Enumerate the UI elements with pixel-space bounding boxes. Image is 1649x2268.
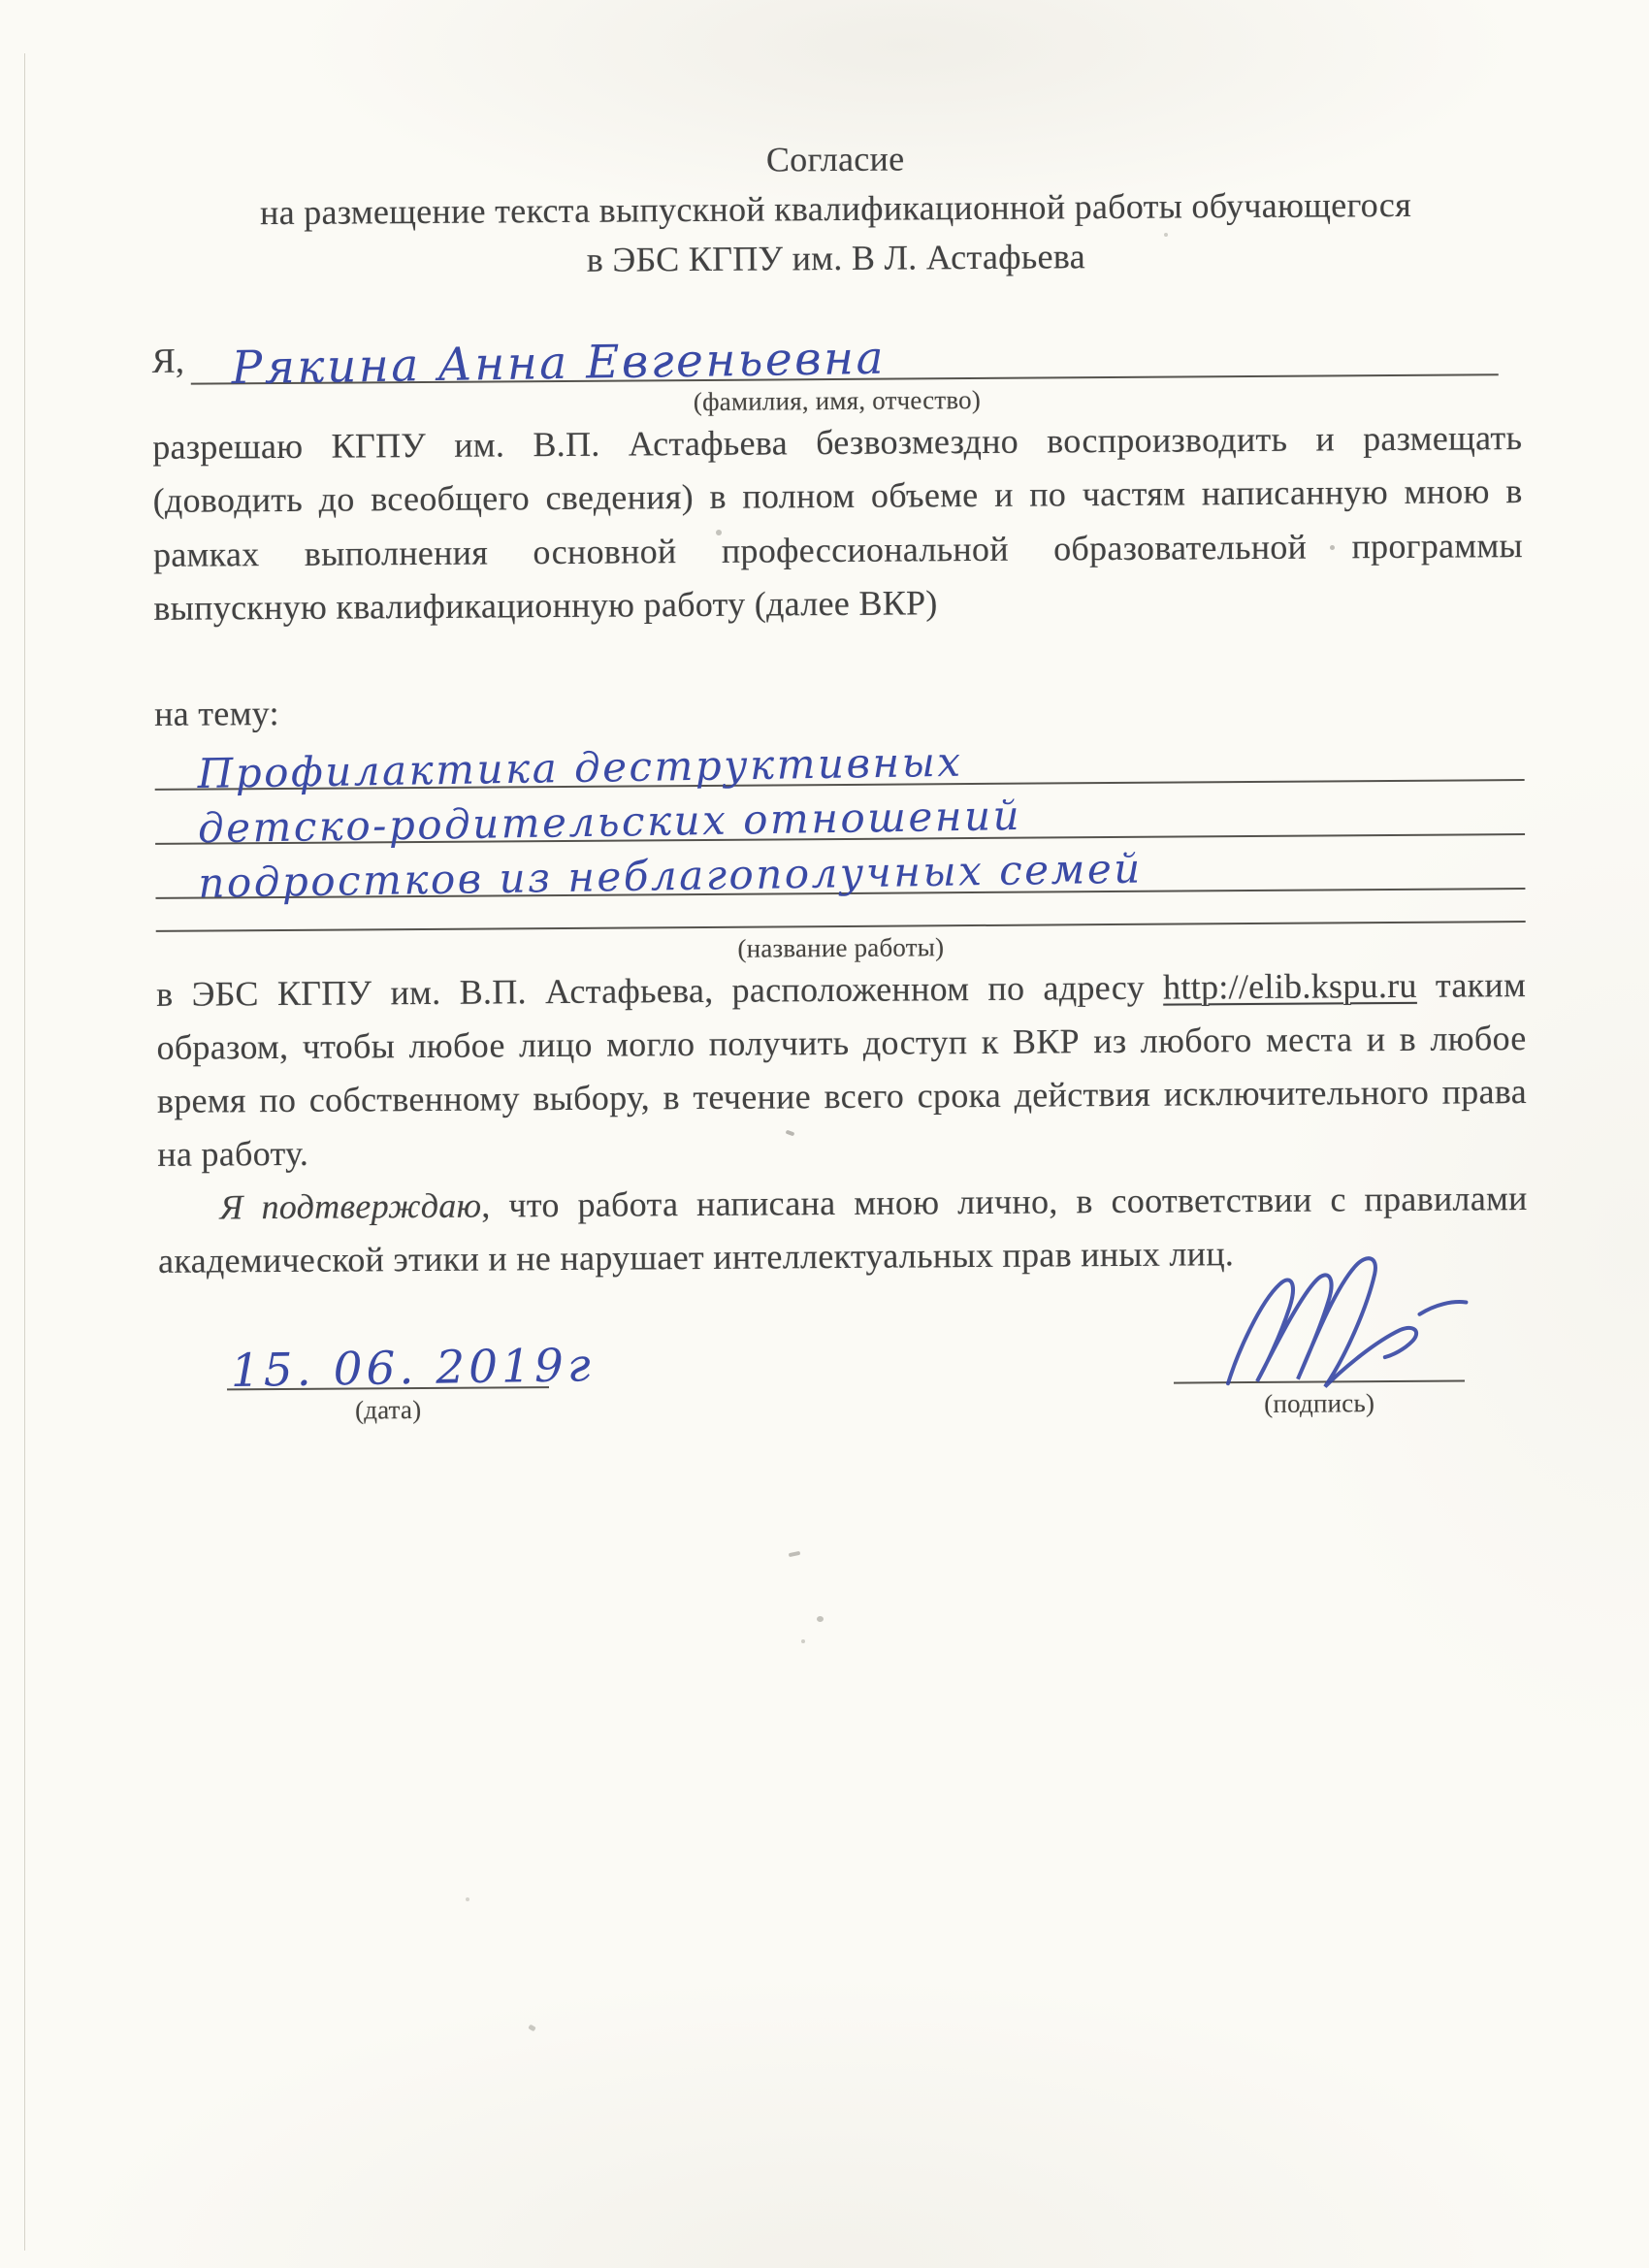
theme-line-2: детско-родительских отношений	[155, 781, 1525, 845]
scan-speck	[528, 2025, 536, 2032]
access-paragraph: в ЭБС КГПУ им. В.П. Астафьева, расположе…	[156, 958, 1528, 1182]
document-content: Согласие на размещение текста выпускной …	[150, 129, 1529, 1427]
document-subtitle-line2: в ЭБС КГПУ им. В Л. Астафьева	[151, 229, 1521, 288]
name-handwritten: Рякина Анна Евгеньевна	[231, 336, 886, 392]
access-paragraph-before-link: в ЭБС КГПУ им. В.П. Астафьева, расположе…	[156, 967, 1163, 1013]
scan-speck	[1164, 233, 1168, 237]
scan-speck	[801, 1639, 805, 1643]
permission-paragraph: разрешаю КГПУ им. В.П. Астафьева безвозм…	[152, 411, 1524, 634]
signature-block: (подпись)	[1174, 1318, 1466, 1420]
scan-speck	[716, 530, 722, 535]
elib-link[interactable]: http://elib.kspu.ru	[1163, 966, 1417, 1007]
document-subtitle-line1: на размещение текста выпускной квалифика…	[150, 179, 1520, 239]
name-field: Рякина Анна Евгеньевна	[190, 328, 1499, 385]
scan-speck	[1330, 545, 1335, 550]
theme-line-1: Профилактика деструктивных	[154, 727, 1524, 791]
scan-speck	[466, 1897, 469, 1901]
scanned-consent-form: Согласие на размещение текста выпускной …	[0, 0, 1649, 2268]
date-caption: (дата)	[227, 1394, 549, 1426]
date-handwritten: 15. 06. 2019г	[230, 1339, 595, 1398]
name-row: Я, Рякина Анна Евгеньевна	[151, 327, 1521, 385]
date-field: 15. 06. 2019г	[227, 1324, 549, 1390]
date-block: 15. 06. 2019г (дата)	[227, 1324, 550, 1426]
scan-speck	[817, 1616, 824, 1622]
signature-field	[1174, 1318, 1465, 1384]
signature	[1208, 1247, 1490, 1404]
signature-row: 15. 06. 2019г (дата) (подпись)	[159, 1317, 1530, 1427]
name-prefix: Я,	[151, 340, 184, 385]
theme-lines: Профилактика деструктивных детско-родите…	[154, 727, 1525, 932]
scan-speck	[789, 1551, 801, 1557]
scan-edge-artifact	[24, 53, 25, 2251]
confirmation-lead: Я подтверждаю	[220, 1186, 482, 1227]
theme-line-3: подростков из неблагополучных семей	[155, 835, 1525, 899]
theme-label: на тему:	[154, 684, 1524, 734]
